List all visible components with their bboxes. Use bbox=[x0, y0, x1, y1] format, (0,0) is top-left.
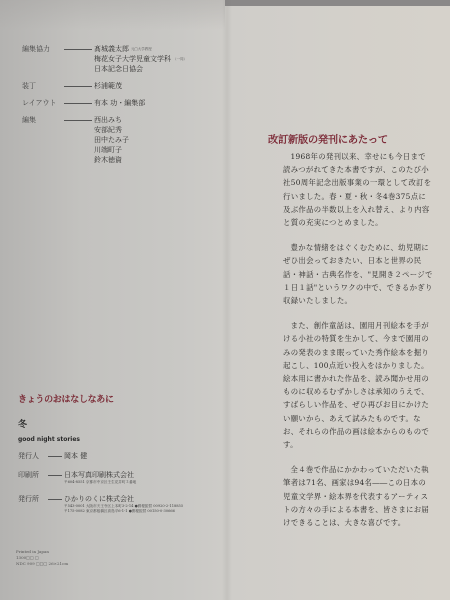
volume-title: 冬 bbox=[18, 417, 228, 430]
credit-value: 梅花女子大学児童文学科（一同） bbox=[94, 54, 187, 64]
imprint-label: 発行所 bbox=[18, 494, 48, 514]
foreword-article: 改訂新版の発刊にあたって 1968年の発刊以来、幸せにも今日まで読みつがれてきた… bbox=[283, 131, 433, 529]
imprint-value: ひかりのくに株式会社 bbox=[64, 494, 183, 504]
credit-binding: 装丁 杉浦範茂 bbox=[22, 81, 222, 91]
credit-label: 編集 bbox=[22, 115, 64, 165]
credit-editorial-cooperation: 編集協力 髙城義太郎元□大学教授 梅花女子大学児童文学科（一同） 日本記念日協会 bbox=[22, 44, 222, 74]
printer-address: 〒604-8551 京都市中京区壬生花井町３番地 bbox=[64, 480, 136, 485]
credit-label: 編集協力 bbox=[22, 44, 64, 74]
imprint-value: 日本写真印刷株式会社 bbox=[64, 470, 136, 480]
paragraph: 豊かな情緒をはぐくむために、幼児期にぜひ出会っておきたい、日本と世界の民話・神話… bbox=[283, 241, 433, 307]
credit-value: 髙城義太郎元□大学教授 bbox=[94, 44, 187, 54]
credit-value: 田中たみ子 bbox=[94, 135, 129, 145]
imprint-value: 岡本 健 bbox=[64, 451, 87, 461]
leader-line bbox=[64, 86, 92, 91]
credits-block: 編集協力 髙城義太郎元□大学教授 梅花女子大学児童文学科（一同） 日本記念日協会… bbox=[22, 44, 222, 172]
credit-value: 有本 功・編集部 bbox=[94, 98, 145, 108]
english-subtitle: good night stories bbox=[18, 436, 228, 443]
page-shadow bbox=[0, 0, 225, 30]
credit-value: 鈴木徳資 bbox=[94, 155, 129, 165]
credit-layout: レイアウト 有本 功・編集部 bbox=[22, 98, 222, 108]
credit-value: 安部紀秀 bbox=[94, 125, 129, 135]
credit-label: レイアウト bbox=[22, 98, 64, 108]
leader-line bbox=[64, 49, 92, 74]
publisher-person-row: 発行人 岡本 健 bbox=[18, 451, 228, 461]
paragraph: また、創作童話は、園用月刊絵本を手がける小社の特質を生かして、今まで園用のみの発… bbox=[283, 319, 433, 451]
imprint-block: きょうのおはなしなあに 冬 good night stories 発行人 岡本 … bbox=[18, 392, 228, 514]
credit-label: 装丁 bbox=[22, 81, 64, 91]
article-title: 改訂新版の発刊にあたって bbox=[268, 131, 433, 146]
book-spread: 編集協力 髙城義太郎元□大学教授 梅花女子大学児童文学科（一同） 日本記念日協会… bbox=[0, 0, 450, 600]
paragraph: 1968年の発刊以来、幸せにも今日まで読みつがれてきた本書ですが、このたび小社5… bbox=[283, 150, 433, 229]
print-notes: Printed in Japan 1300□□ □ NDC 909 □□□ 26… bbox=[16, 549, 68, 567]
leader-line bbox=[48, 475, 62, 485]
series-title: きょうのおはなしなあに bbox=[18, 392, 228, 405]
credit-value: 川端町子 bbox=[94, 145, 129, 155]
leader-line bbox=[64, 103, 92, 108]
leader-line bbox=[48, 456, 62, 461]
imprint-label: 発行人 bbox=[18, 451, 48, 461]
page-top-edge bbox=[225, 0, 450, 6]
printer-row: 印刷所 日本写真印刷株式会社 〒604-8551 京都市中京区壬生花井町３番地 bbox=[18, 470, 228, 485]
article-body: 1968年の発刊以来、幸せにも今日まで読みつがれてきた本書ですが、このたび小社5… bbox=[283, 150, 433, 529]
credit-value: 西出みち bbox=[94, 115, 129, 125]
credit-editing: 編集 西出みち 安部紀秀 田中たみ子 川端町子 鈴木徳資 bbox=[22, 115, 222, 165]
credit-value: 杉浦範茂 bbox=[94, 81, 122, 91]
imprint-label: 印刷所 bbox=[18, 470, 48, 485]
ndc-line: NDC 909 □□□ 26×21cm bbox=[16, 561, 68, 567]
publisher-address-tokyo: 〒175-0082 東京都板橋区高島平6-1-1 ●郵便振替 00150-0-3… bbox=[64, 509, 183, 514]
credit-value: 日本記念日協会 bbox=[94, 64, 187, 74]
publisher-row: 発行所 ひかりのくに株式会社 〒543-0001 大阪市天王寺区上本町3-2-1… bbox=[18, 494, 228, 514]
paragraph: 全４巻で作品にかかわっていただいた執筆者は71名、画家は94名――この日本の児童… bbox=[283, 463, 433, 529]
leader-line bbox=[64, 120, 92, 165]
leader-line bbox=[48, 499, 62, 514]
